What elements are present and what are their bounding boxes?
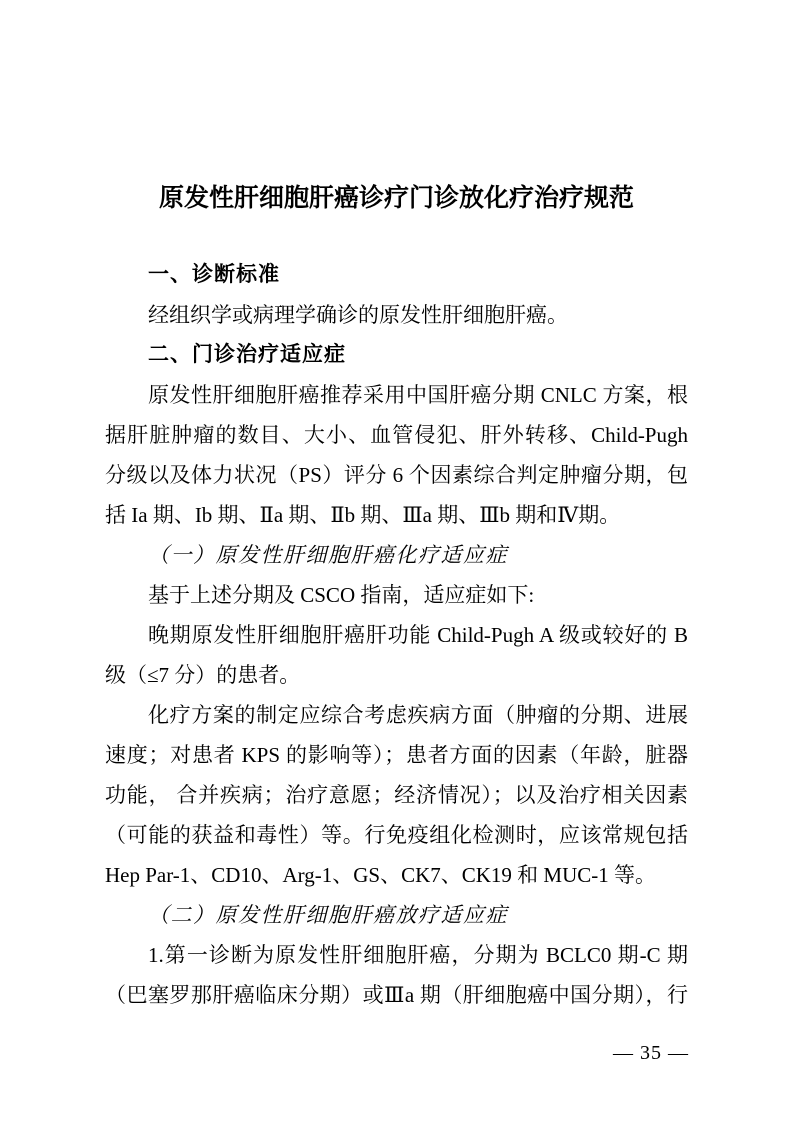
paragraph-line: 功能， 合并疾病；治疗意愿；经济情况）；以及治疗相关因素 <box>105 775 688 815</box>
document-page: 原发性肝细胞肝癌诊疗门诊放化疗治疗规范 一、诊断标准 经组织学或病理学确诊的原发… <box>0 0 793 1122</box>
section-heading-diagnosis-criteria: 一、诊断标准 <box>105 255 688 295</box>
paragraph-line: 原发性肝细胞肝癌推荐采用中国肝癌分期 CNLC 方案，根 <box>105 375 688 415</box>
paragraph-line: （巴塞罗那肝癌临床分期）或Ⅲa 期（肝细胞癌中国分期），行 <box>105 975 688 1015</box>
paragraph-line: Hep Par-1、CD10、Arg-1、GS、CK7、CK19 和 MUC-1… <box>105 855 688 895</box>
document-title: 原发性肝细胞肝癌诊疗门诊放化疗治疗规范 <box>105 178 688 220</box>
paragraph-line: 1.第一诊断为原发性肝细胞肝癌，分期为 BCLC0 期-C 期 <box>105 935 688 975</box>
paragraph-line: 晚期原发性肝细胞肝癌肝功能 Child-Pugh A 级或较好的 B <box>105 615 688 655</box>
paragraph-line: 经组织学或病理学确诊的原发性肝细胞肝癌。 <box>105 295 688 335</box>
paragraph-line: 据肝脏肿瘤的数目、大小、血管侵犯、肝外转移、Child-Pugh <box>105 415 688 455</box>
paragraph-line: 基于上述分期及 CSCO 指南，适应症如下: <box>105 575 688 615</box>
paragraph-line: 速度；对患者 KPS 的影响等）；患者方面的因素（年龄，脏器 <box>105 735 688 775</box>
paragraph-line: 级（≤7 分）的患者。 <box>105 655 688 695</box>
paragraph-line: （可能的获益和毒性）等。行免疫组化检测时，应该常规包括 <box>105 815 688 855</box>
document-body: 一、诊断标准 经组织学或病理学确诊的原发性肝细胞肝癌。 二、门诊治疗适应症 原发… <box>105 255 688 1015</box>
page-number: — 35 — <box>613 1040 689 1066</box>
section-heading-treatment-indications: 二、门诊治疗适应症 <box>105 335 688 375</box>
paragraph-line: 分级以及体力状况（PS）评分 6 个因素综合判定肿瘤分期，包 <box>105 455 688 495</box>
paragraph-line: 括 Ia 期、Ib 期、Ⅱa 期、Ⅱb 期、Ⅲa 期、Ⅲb 期和Ⅳ期。 <box>105 495 688 535</box>
subsection-heading-radiotherapy: （二）原发性肝细胞肝癌放疗适应症 <box>105 895 688 935</box>
paragraph-line: 化疗方案的制定应综合考虑疾病方面（肿瘤的分期、进展 <box>105 695 688 735</box>
subsection-heading-chemotherapy: （一）原发性肝细胞肝癌化疗适应症 <box>105 535 688 575</box>
